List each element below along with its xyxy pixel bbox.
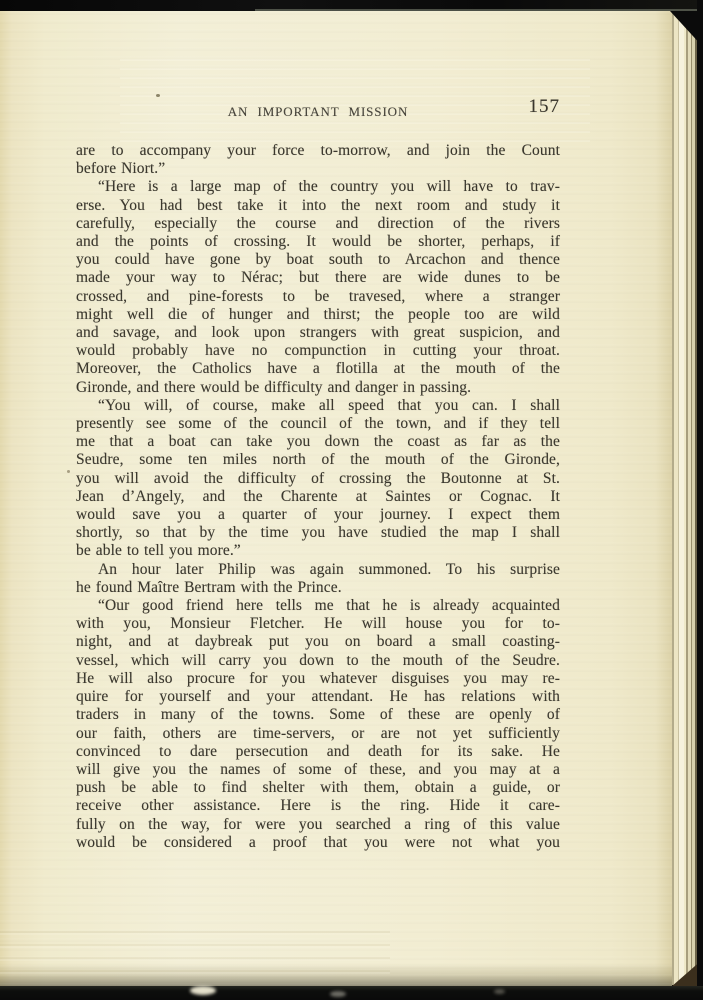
text-line: Gironde, and there would be difficulty a… [76,379,560,397]
photo-background-bottom [0,986,703,1000]
text-line: would save you a quarter of your journey… [76,506,560,524]
text-line: before Niort.” [76,160,560,178]
glare-highlight [330,991,346,997]
text-line: convinced to dare persecution and death … [76,743,560,761]
ink-speck [67,470,70,473]
paragraph: “Here is a large map of the country you … [76,178,560,396]
text-line: push be able to find shelter with them, … [76,779,560,797]
text-line: presently see some of the council of the… [76,415,560,433]
text-line: vessel, which will carry you down to the… [76,652,560,670]
text-line: and savage, and look upon strangers with… [76,324,560,342]
scan-streaks-bottom [0,928,390,976]
text-line: would probably have no compunction in cu… [76,342,560,360]
running-title: AN IMPORTANT MISSION [76,104,560,120]
paragraph: are to accompany your force to-morrow, a… [76,142,560,178]
glare-highlight [190,986,216,995]
paragraph: “Our good friend here tells me that he i… [76,597,560,852]
text-line: fully on the way, for were you searched … [76,816,560,834]
paragraph: An hour later Philip was again summoned.… [76,561,560,597]
text-line: will give you the names of some of these… [76,761,560,779]
text-line: be able to tell you more.” [76,542,560,560]
text-line: he found Maître Bertram with the Prince. [76,579,560,597]
text-line: crossed, and pine-forests to be travesed… [76,288,560,306]
text-line: with you, Monsieur Fletcher. He will hou… [76,615,560,633]
page-top-edge-highlight [255,9,703,11]
book-page: AN IMPORTANT MISSION 157 are to accompan… [0,11,672,987]
text-line: our faith, others are time-servers, or a… [76,725,560,743]
page-number: 157 [529,96,561,118]
text-line: Moreover, the Catholics have a flotilla … [76,360,560,378]
text-line: quire for yourself and your attendant. H… [76,688,560,706]
fore-edge-page-stack [672,13,697,985]
text-line: Seudre, some ten miles north of the mout… [76,451,560,469]
photo-background-right [697,0,703,1000]
text-line: “You will, of course, make all speed tha… [76,397,560,415]
text-line: carefully, especially the course and dir… [76,215,560,233]
text-line: traders in many of the towns. Some of th… [76,706,560,724]
text-line: erse. You had best take it into the next… [76,197,560,215]
ink-speck [156,94,160,97]
text-line: An hour later Philip was again summoned.… [76,561,560,579]
text-line: me that a boat can take you down the coa… [76,433,560,451]
text-line: and the points of crossing. It would be … [76,233,560,251]
text-block: are to accompany your force to-morrow, a… [76,142,560,852]
book-photo: AN IMPORTANT MISSION 157 are to accompan… [0,0,703,1000]
text-line: you will avoid the difficulty of crossin… [76,470,560,488]
text-line: shortly, so that by the time you have st… [76,524,560,542]
text-line: might well die of hunger and thirst; the… [76,306,560,324]
text-line: “Our good friend here tells me that he i… [76,597,560,615]
text-line: made your way to Nérac; but there are wi… [76,269,560,287]
paragraph: “You will, of course, make all speed tha… [76,397,560,561]
text-line: receive other assistance. Here is the ri… [76,797,560,815]
page-header: AN IMPORTANT MISSION 157 [76,99,560,123]
text-line: He will also procure for you whatever di… [76,670,560,688]
text-line: night, and at daybreak put you on board … [76,633,560,651]
text-line: Jean d’Angely, and the Charente at Saint… [76,488,560,506]
text-line: would be considered a proof that you wer… [76,834,560,852]
glare-highlight [494,989,505,994]
text-line: “Here is a large map of the country you … [76,178,560,196]
text-line: are to accompany your force to-morrow, a… [76,142,560,160]
text-line: you could have gone by boat south to Arc… [76,251,560,269]
